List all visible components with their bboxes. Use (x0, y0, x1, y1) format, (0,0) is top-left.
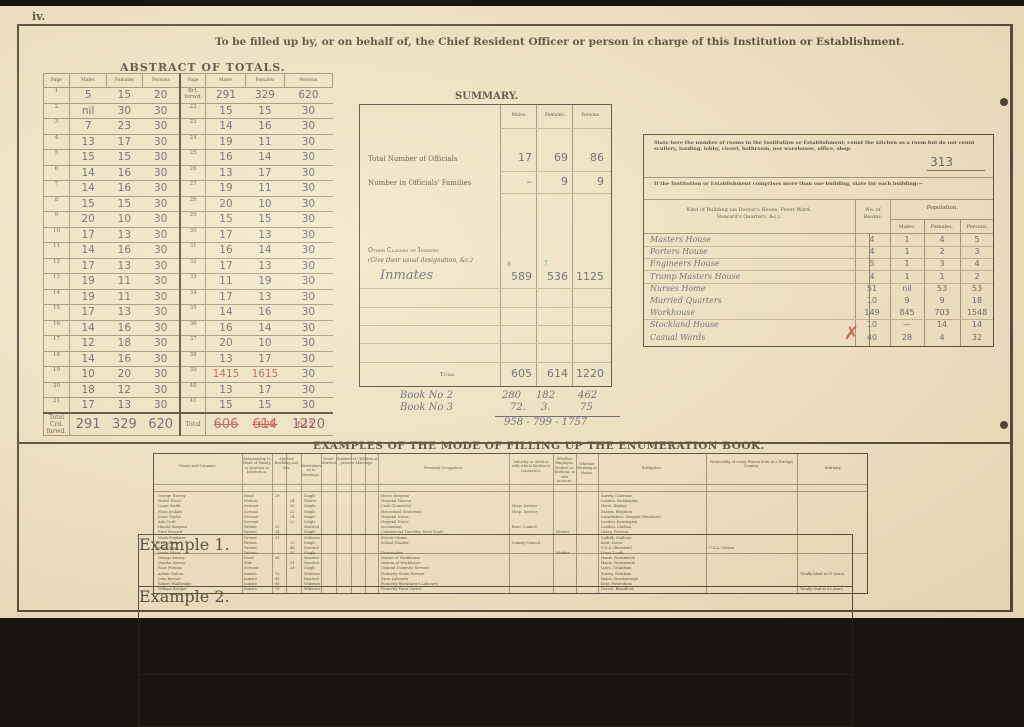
abstract-cell: 16 (44, 320, 70, 336)
abstract-row: 714163027191130 (44, 181, 333, 197)
abstract-cell: 11 (206, 274, 246, 290)
abstract-cell: 1415 (206, 367, 246, 383)
abstract-cell: 9 (44, 212, 70, 228)
abstract-cell: 1 (44, 88, 70, 104)
example2-label: Example 2. (138, 586, 853, 626)
inmates-males: 589 (500, 270, 532, 283)
abstract-row: 614163026131730 (44, 165, 333, 181)
rule (360, 343, 611, 344)
abstract-cell: 23 (106, 119, 142, 135)
abstract-table: Page Males Females Persons Page Males Fe… (43, 73, 333, 436)
abstract-cell: 13 (106, 258, 142, 274)
building-females: 703 (928, 308, 956, 317)
males-header: Males. (890, 224, 924, 231)
officials-females: 69 (536, 151, 568, 164)
abstract-cell: 13 (246, 227, 285, 243)
abstract-cell: 17 (70, 305, 107, 321)
building-persons: 1548 (963, 308, 991, 317)
abstract-row: 1712183037201030 (44, 336, 333, 352)
building-persons: 53 (963, 284, 991, 293)
abstract-cell: 15 (44, 305, 70, 321)
red-cross-mark: ✗ (844, 323, 859, 344)
abstract-cell: 17 (206, 227, 246, 243)
abstract-cell: 14 (70, 351, 107, 367)
col-header: Females (246, 74, 285, 88)
building-rooms: 40 (858, 333, 886, 342)
females-header: Females. (538, 113, 572, 118)
rule (360, 362, 611, 363)
abstract-cell: 17 (106, 134, 142, 150)
building-males: 1 (893, 272, 921, 281)
abstract-row: 1814163038131730 (44, 351, 333, 367)
building-females: 4 (928, 235, 956, 244)
rule (644, 177, 993, 178)
col-header: Males (70, 74, 107, 88)
building-kind: Tramp Masters House (650, 272, 740, 282)
abstract-cell: 30 (284, 367, 332, 383)
abstract-cell: 30 (284, 227, 332, 243)
count-rule (927, 170, 985, 171)
abstract-cell: 20 (142, 88, 180, 104)
rooms-instruction: State here the number of rooms in the In… (654, 140, 984, 153)
abstract-cell: 14 (70, 181, 107, 197)
abstract-cell: 15 (70, 150, 107, 166)
abstract-cell: 23 (180, 119, 206, 135)
building-kind: Engineers House (650, 259, 720, 269)
abstract-cell: 30 (142, 320, 180, 336)
abstract-cell: 5 (70, 88, 107, 104)
rule (500, 193, 611, 194)
families-persons: 9 (572, 175, 604, 188)
building-kind: Porters House (650, 247, 708, 257)
abstract-cell: 17 (70, 227, 107, 243)
col-header: Infirmity. (797, 466, 869, 470)
abstract-cell: 14 (246, 320, 285, 336)
abstract-cell: 30 (284, 336, 332, 352)
abstract-cell: 620 (284, 88, 332, 104)
abstract-cell: 10 (246, 336, 285, 352)
abstract-cell: 30 (142, 196, 180, 212)
abstract-cell: 30 (142, 181, 180, 197)
abstract-cell: 19 (206, 181, 246, 197)
abstract-cell: 30 (142, 258, 180, 274)
col-header: Persons (284, 74, 332, 88)
abstract-cell: 22 (180, 103, 206, 119)
abstract-cell: 15 (206, 103, 246, 119)
rule (360, 288, 611, 289)
abstract-cell: 11 (106, 274, 142, 290)
abstract-cell: 30 (142, 289, 180, 305)
building-females: 3 (928, 259, 956, 268)
abstract-cell: 30 (284, 289, 332, 305)
abstract-cell: 13 (44, 274, 70, 290)
abstract-cell: nil (70, 103, 107, 119)
abstract-cell: 13 (246, 258, 285, 274)
abstract-row: 19102030391415161530 (44, 367, 333, 383)
abstract-total-cell: 606 (206, 413, 246, 436)
inmates-females-note: 7 (544, 260, 548, 267)
abstract-cell: 16 (246, 119, 285, 135)
building-rooms: 10 (858, 296, 886, 305)
red-strike-line (869, 233, 870, 346)
abstract-cell: 17 (246, 165, 285, 181)
examples-title: EXAMPLES OF THE MODE OF FILLING UP THE E… (313, 440, 765, 452)
abstract-cell: 30 (180, 227, 206, 243)
abstract-cell: 15 (106, 150, 142, 166)
book2-males: 280 (502, 390, 521, 401)
abstract-row: 515153025161430 (44, 150, 333, 166)
abstract-cell: 291 (206, 88, 246, 104)
abstract-cell: 30 (142, 367, 180, 383)
building-kind: Married Quarters (650, 296, 722, 306)
building-males: 845 (893, 308, 921, 317)
abstract-cell: 30 (142, 119, 180, 135)
abstract-cell: 14 (70, 165, 107, 181)
inmates-males-note: 8 (507, 261, 511, 268)
abstract-cell: 13 (206, 165, 246, 181)
abstract-cell: 16 (206, 320, 246, 336)
abstract-cell: 37 (180, 336, 206, 352)
abstract-cell: 30 (142, 305, 180, 321)
abstract-cell: 30 (142, 398, 180, 414)
abstract-cell: 30 (142, 165, 180, 181)
inmates-label: Inmates (380, 268, 433, 283)
col-header: Page (44, 74, 70, 88)
abstract-cell: 10 (246, 196, 285, 212)
abstract-row: 1017133030171330 (44, 227, 333, 243)
building-rooms: 4 (858, 247, 886, 256)
abstract-cell: 32 (180, 258, 206, 274)
rooms-table: State here the number of rooms in the In… (643, 134, 994, 347)
abstract-cell: 18 (106, 336, 142, 352)
families-females: 9 (536, 175, 568, 188)
abstract-cell: 13 (106, 227, 142, 243)
rule (360, 307, 611, 308)
abstract-cell: 30 (284, 196, 332, 212)
abstract-cell: 13 (206, 382, 246, 398)
abstract-cell: 6 (44, 165, 70, 181)
building-males: 1 (893, 247, 921, 256)
abstract-cell: 17 (246, 351, 285, 367)
abstract-total-cell: Total Crd. forwd. (44, 413, 70, 436)
abstract-cell: 4 (44, 134, 70, 150)
page-heading: To be filled up by, or on behalf of, the… (215, 36, 904, 48)
rule (500, 128, 611, 129)
binding-hole (1000, 98, 1008, 106)
other-classes-label: Other Classes of Inmates (368, 247, 439, 254)
col-header: Whether Employer, Worker, or Working on … (553, 457, 576, 484)
abstract-cell: 17 (246, 382, 285, 398)
abstract-cell: 11 (246, 134, 285, 150)
col-header: Number of Children at present Marriage. (336, 457, 378, 466)
kind-header: Kind of Building (as Doctor's House, Fev… (674, 207, 824, 220)
abstract-row: 2018123040131730 (44, 382, 333, 398)
abstract-cell: 30 (106, 103, 142, 119)
abstract-cell: 12 (44, 258, 70, 274)
building-females: 4 (928, 333, 956, 342)
building-rooms: 5 (858, 259, 886, 268)
abstract-cell: 18 (44, 351, 70, 367)
col-header: Nationality of every Person born in a Fo… (706, 460, 797, 469)
abstract-cell: 38 (180, 351, 206, 367)
building-kind: Casual Wards (650, 333, 705, 343)
col-header: Persons (142, 74, 180, 88)
abstract-total-cell: 329 (106, 413, 142, 436)
abstract-cell: 17 (44, 336, 70, 352)
abstract-cell: 13 (106, 305, 142, 321)
summary-table: Males. Females. Persons. Total Number of… (359, 104, 612, 387)
book2-females: 182 (536, 390, 555, 401)
abstract-cell: 16 (106, 181, 142, 197)
abstract-cell: 30 (142, 212, 180, 228)
abstract-cell: 15 (106, 88, 142, 104)
summary-title: SUMMARY. (455, 91, 518, 102)
abstract-row: 413173024191130 (44, 134, 333, 150)
abstract-cell: 30 (284, 243, 332, 259)
building-rooms: 4 (858, 272, 886, 281)
rooms-count: 313 (930, 155, 953, 169)
abstract-cell: 15 (106, 196, 142, 212)
abstract-cell: 17 (70, 398, 107, 414)
abstract-cell: 8 (44, 196, 70, 212)
abstract-cell: 13 (70, 134, 107, 150)
book3-females: 3. (541, 402, 551, 413)
abstract-cell: 13 (106, 398, 142, 414)
col-header: Years Married. (321, 457, 336, 466)
abstract-cell: 329 (246, 88, 285, 104)
building-persons: 14 (963, 320, 991, 329)
abstract-cell: 11 (44, 243, 70, 259)
abstract-cell: 30 (284, 382, 332, 398)
abstract-cell: 24 (180, 134, 206, 150)
abstract-cell: 30 (284, 134, 332, 150)
abstract-cell: 30 (284, 305, 332, 321)
grand-total: 958 - 799 - 1757 (504, 417, 587, 428)
col-header: Females (106, 74, 142, 88)
abstract-cell: 30 (142, 336, 180, 352)
col-header: Personal Occupation. (378, 466, 509, 470)
abstract-cell: 21 (44, 398, 70, 414)
binding-hole (1000, 421, 1008, 429)
abstract-cell: 31 (180, 243, 206, 259)
building-persons: 5 (963, 235, 991, 244)
building-kind: Nurses Home (650, 284, 706, 294)
building-females: 1 (928, 272, 956, 281)
abstract-total-cell: 620 (142, 413, 180, 436)
building-persons: 2 (963, 272, 991, 281)
abstract-row: 37233023141630 (44, 119, 333, 135)
abstract-row: 151520Brt. forwd.291329620 (44, 88, 333, 104)
abstract-cell: 26 (180, 165, 206, 181)
females-header: Females. (924, 224, 960, 231)
abstract-cell: 19 (70, 289, 107, 305)
officials-males: 17 (500, 151, 532, 164)
total-females: 614 (536, 367, 568, 380)
building-persons: 4 (963, 259, 991, 268)
abstract-cell: 30 (142, 243, 180, 259)
abstract-cell: 14 (206, 305, 246, 321)
abstract-row: 2nil303022151530 (44, 103, 333, 119)
abstract-cell: 30 (284, 258, 332, 274)
book2-persons: 462 (578, 390, 597, 401)
abstract-cell: 12 (106, 382, 142, 398)
col-header: Industry or Service with which Worker is… (509, 460, 553, 473)
abstract-cell: 16 (206, 243, 246, 259)
abstract-cell: 11 (246, 181, 285, 197)
abstract-row: 2117133041151530 (44, 398, 333, 414)
abstract-cell: 17 (206, 258, 246, 274)
building-persons: 18 (963, 296, 991, 305)
abstract-cell: 30 (284, 150, 332, 166)
col-header: Name and Surname. (154, 464, 242, 468)
families-males: – (500, 175, 532, 188)
abstract-cell: 20 (70, 212, 107, 228)
abstract-row: 920103029151530 (44, 212, 333, 228)
building-males: — (893, 320, 921, 329)
persons-header: Persons. (574, 113, 608, 118)
abstract-cell: 13 (246, 289, 285, 305)
corrected-total: 605 (258, 420, 275, 430)
abstract-cell: 16 (246, 305, 285, 321)
abstract-cell: 15 (206, 212, 246, 228)
building-rooms: 149 (858, 308, 886, 317)
abstract-cell: 33 (180, 274, 206, 290)
abstract-cell: 17 (70, 258, 107, 274)
population-header: Population. (890, 205, 995, 212)
abstract-cell: 16 (106, 351, 142, 367)
abstract-cell: 5 (44, 150, 70, 166)
building-kind: Workhouse (650, 308, 695, 318)
abstract-cell: 30 (284, 212, 332, 228)
officials-label: Total Number of Officials (368, 155, 457, 163)
abstract-cell: 30 (284, 320, 332, 336)
building-females: 14 (928, 320, 956, 329)
rule (644, 199, 993, 200)
abstract-cell: 16 (206, 150, 246, 166)
abstract-cell: Brt. forwd. (180, 88, 206, 104)
abstract-cell: 40 (180, 382, 206, 398)
inmates-persons: 1125 (572, 270, 604, 283)
building-rooms: 51 (858, 284, 886, 293)
abstract-row: 815153028201030 (44, 196, 333, 212)
abstract-cell: 30 (142, 274, 180, 290)
abstract-cell: 30 (284, 119, 332, 135)
abstract-cell: 14 (246, 243, 285, 259)
book2-label: Book No 2 (400, 390, 453, 401)
abstract-cell: 27 (180, 181, 206, 197)
abstract-cell: 20 (206, 196, 246, 212)
abstract-cell: 30 (284, 398, 332, 414)
book3-label: Book No 3 (400, 402, 453, 413)
abstract-cell: 28 (180, 196, 206, 212)
building-kind: Masters House (650, 235, 711, 245)
abstract-cell: 30 (284, 103, 332, 119)
males-header: Males. (502, 113, 536, 118)
persons-header: Persons. (960, 224, 995, 231)
abstract-cell: 15 (246, 212, 285, 228)
col-header: Particulars as to Marriage. (301, 464, 321, 477)
abstract-cell: 30 (142, 134, 180, 150)
abstract-total-row: Total Crd. forwd.291329620Total606614122… (44, 413, 333, 436)
abstract-cell: 30 (284, 181, 332, 197)
abstract-cell: 30 (142, 227, 180, 243)
col-header: Males (206, 74, 246, 88)
abstract-row: 1517133035141630 (44, 305, 333, 321)
rule (644, 233, 993, 234)
total-males: 605 (500, 367, 532, 380)
page-number: iv. (32, 10, 45, 23)
building-persons: 3 (963, 247, 991, 256)
building-kind: Stockland House (650, 320, 719, 330)
abstract-cell: 13 (206, 351, 246, 367)
abstract-cell: 15 (70, 196, 107, 212)
abstract-cell: 16 (106, 165, 142, 181)
abstract-cell: 19 (70, 274, 107, 290)
inmates-females: 536 (536, 270, 568, 283)
other-classes-note: (Give their usual designation, &c.) (368, 257, 473, 264)
abstract-cell: 2 (44, 103, 70, 119)
book3-males: 72. (510, 402, 526, 413)
abstract-cell: 25 (180, 150, 206, 166)
rooms-header: No. of Rooms. (856, 207, 890, 220)
families-label: Number in Officials' Families (368, 179, 471, 187)
abstract-cell: 20 (206, 336, 246, 352)
abstract-cell: 16 (106, 320, 142, 336)
abstract-cell: 14 (206, 119, 246, 135)
abstract-cell: 30 (284, 274, 332, 290)
total-label: Total (440, 372, 455, 378)
building-males: 1 (893, 235, 921, 244)
abstract-cell: 16 (106, 243, 142, 259)
building-males: 9 (893, 296, 921, 305)
abstract-cell: 7 (44, 181, 70, 197)
abstract-cell: 30 (142, 382, 180, 398)
abstract-cell: 14 (70, 320, 107, 336)
census-page: iv. To be filled up by, or on behalf of,… (0, 6, 1024, 618)
rule (890, 219, 993, 220)
building-rooms: 4 (858, 235, 886, 244)
building-males: 28 (893, 333, 921, 342)
building-persons: 32 (963, 333, 991, 342)
col-header: Relationship to Head of Family, or posit… (242, 457, 272, 475)
officials-persons: 86 (572, 151, 604, 164)
building-females: 2 (928, 247, 956, 256)
abstract-cell: 30 (284, 351, 332, 367)
abstract-row: 1319113033111930 (44, 274, 333, 290)
building-males: 1 (893, 259, 921, 268)
rule (360, 325, 611, 326)
abstract-cell: 10 (44, 227, 70, 243)
abstract-cell: 35 (180, 305, 206, 321)
abstract-cell: 11 (106, 289, 142, 305)
abstract-cell: 30 (142, 103, 180, 119)
abstract-cell: 18 (70, 382, 107, 398)
abstract-row: 1114163031161430 (44, 243, 333, 259)
abstract-cell: 19 (206, 134, 246, 150)
abstract-cell: 19 (44, 367, 70, 383)
abstract-cell: 30 (142, 150, 180, 166)
abstract-row: 1614163036161430 (44, 320, 333, 336)
abstract-cell: 20 (106, 367, 142, 383)
abstract-cell: 15 (246, 103, 285, 119)
abstract-cell: 15 (246, 398, 285, 414)
col-header: Age last Birthday and Sex. (272, 457, 301, 470)
building-females: 53 (928, 284, 956, 293)
col-header: Birthplace. (598, 466, 706, 470)
abstract-cell: 14 (44, 289, 70, 305)
col-header: Page (180, 74, 206, 88)
abstract-total-cell: 291 (70, 413, 107, 436)
